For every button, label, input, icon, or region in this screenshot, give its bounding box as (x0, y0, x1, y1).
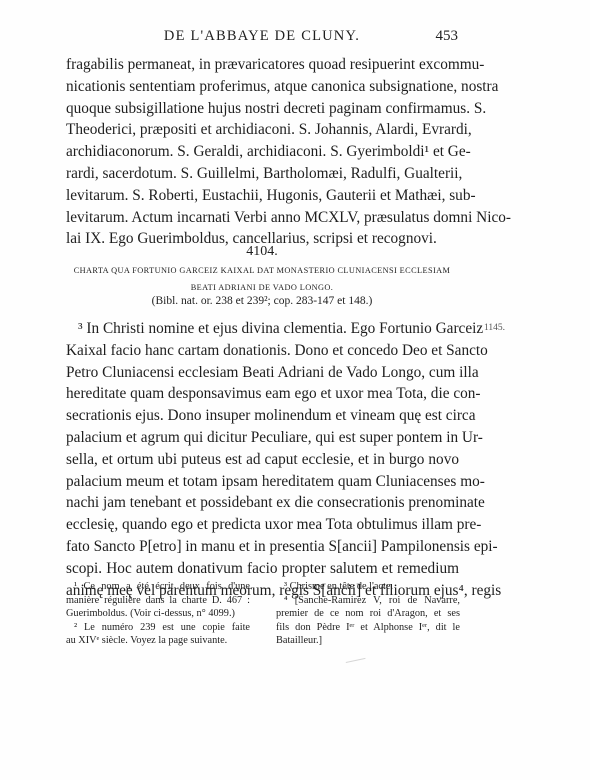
footnote-line: Guerimboldus. (Voir ci-dessus, n° 4099.) (66, 607, 250, 621)
text-line: secrationis ejus. Dono insuper molinendu… (66, 405, 459, 427)
footnote-line: ³ Chrisme en tête de l'acte. (276, 580, 460, 594)
stray-ink-mark (344, 652, 365, 663)
footnote-line: premier de ce nom roi d'Aragon, et ses (276, 607, 460, 621)
footnote-line: ² Le numéro 239 est une copie faite (66, 621, 250, 635)
footnote-line: Batailleur.] (276, 634, 460, 648)
footnote-line: fils don Pèdre Iᵉʳ et Alphonse Iᵉʳ, dit … (276, 621, 460, 635)
charter-title-line: BEATI ADRIANI DE VADO LONGO. (66, 279, 458, 296)
continuation-paragraph: fragabilis permaneat, in prævaricatores … (66, 54, 459, 250)
footnotes-right-column: ³ Chrisme en tête de l'acte. ⁴ [Sanche-R… (276, 580, 460, 648)
text-line: hereditate quam desponsavimus eam ego et… (66, 383, 459, 405)
text-line: Kaixal facio hanc cartam donationis. Don… (66, 340, 459, 362)
text-line: ³ In Christi nomine et ejus divina cleme… (66, 318, 459, 340)
page-number: 453 (436, 28, 459, 45)
text-line: nachi jam tenebant et possidebant ex die… (66, 492, 459, 514)
footnote-line: au XIVᵉ siècle. Voyez la page suivante. (66, 634, 250, 648)
footnotes-left-column: ¹ Ce nom a été écrit deux fois d'une man… (66, 580, 250, 648)
charter-source: (Bibl. nat. or. 238 et 239²; cop. 283-14… (66, 295, 458, 307)
text-line: archidiaconorum. S. Geraldi, archidiacon… (66, 141, 459, 163)
text-line: Petro Cluniacensi ecclesiam Beati Adrian… (66, 362, 459, 384)
text-line: levitarum. S. Roberti, Eustachii, Hugoni… (66, 185, 459, 207)
footnote-line: ¹ Ce nom a été écrit deux fois d'une (66, 580, 250, 594)
text-line: levitarum. Actum incarnati Verbi anno MC… (66, 207, 459, 229)
text-line: fato Sancto P[etro] in manu et in presen… (66, 536, 459, 558)
text-line: palacium meum et totam ipsam hereditatem… (66, 471, 459, 493)
footnote-line: manière régulière dans la charte D. 467 … (66, 594, 250, 608)
margin-year: 1145. (484, 323, 505, 333)
footnote-line: ⁴ [Sanche-Ramirez V, roi de Navarre, (276, 594, 460, 608)
charter-text: ³ In Christi nomine et ejus divina cleme… (66, 318, 459, 601)
text-line: quoque subsigillatione hujus nostri decr… (66, 98, 459, 120)
running-head: DE L'ABBAYE DE CLUNY. 453 (66, 28, 458, 48)
running-title: DE L'ABBAYE DE CLUNY. (66, 28, 458, 45)
charter-title-line: CHARTA QUA FORTUNIO GARCEIZ KAIXAL DAT M… (66, 262, 458, 279)
charter-number: 4104. (66, 244, 458, 260)
text-line: ecclesię, quando ego et predicta uxor me… (66, 514, 459, 536)
text-line: scopi. Hoc autem donativum facio propter… (66, 558, 459, 580)
scanned-page: DE L'ABBAYE DE CLUNY. 453 fragabilis per… (0, 0, 590, 780)
text-line: palacium et agrum qui dicitur Peculiare,… (66, 427, 459, 449)
text-line: fragabilis permaneat, in prævaricatores … (66, 54, 459, 76)
text-line: nicationis sententiam proferimus, atque … (66, 76, 459, 98)
charter-title: CHARTA QUA FORTUNIO GARCEIZ KAIXAL DAT M… (66, 262, 458, 296)
text-line: rardi, sacerdotum. S. Guillelmi, Barthol… (66, 163, 459, 185)
text-line: Theoderici, præpositi et archidiaconi. S… (66, 119, 459, 141)
text-line: sella, et ortum ubi puteus est ad caput … (66, 449, 459, 471)
